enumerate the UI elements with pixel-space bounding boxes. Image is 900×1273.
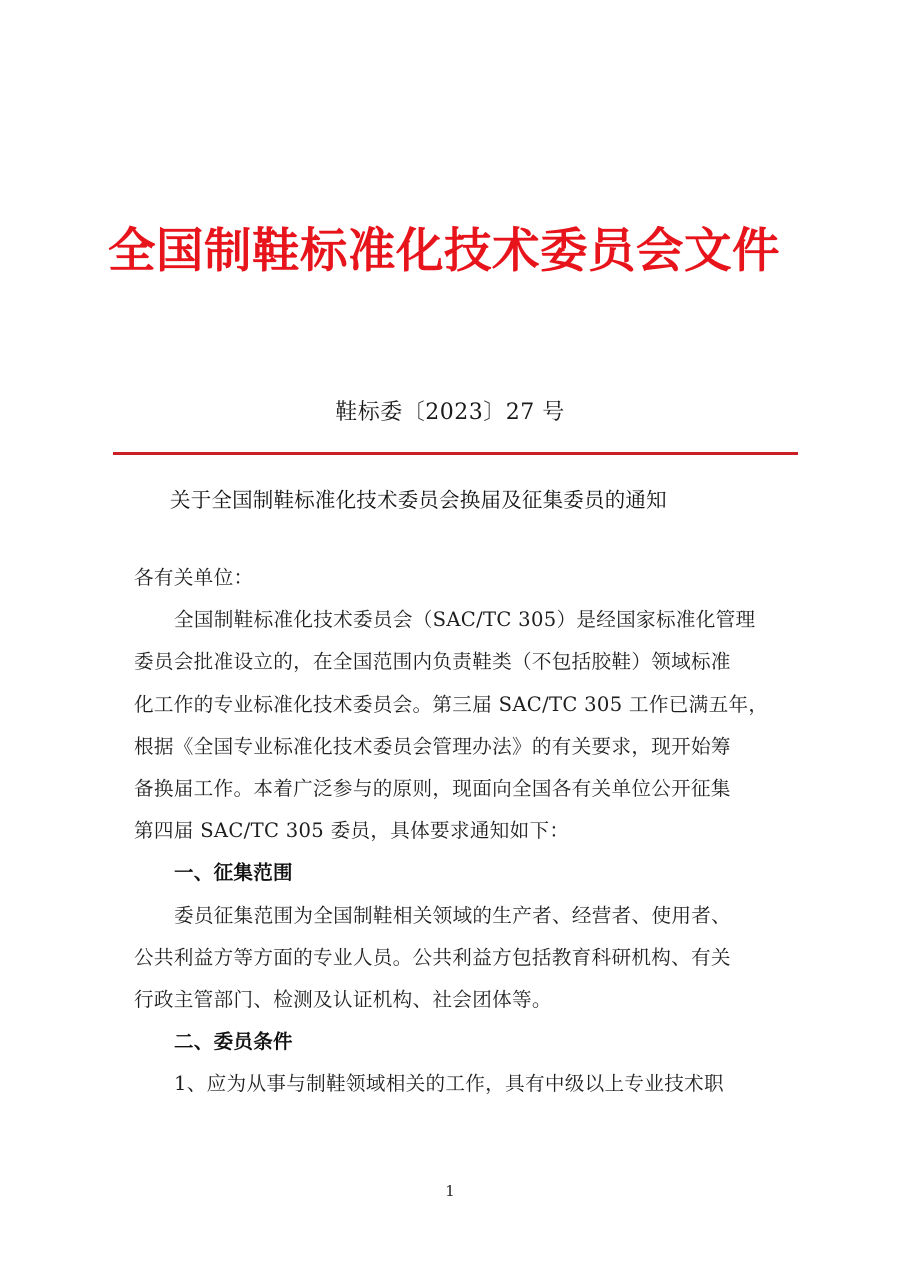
- document-number: 鞋标委〔2023〕27 号: [0, 398, 900, 428]
- section-collection-scope: 一、征集范围 委员征集范围为全国制鞋相关领域的生产者、经营者、使用者、 公共利益…: [134, 852, 774, 1021]
- document-body: 各有关单位： 全国制鞋标准化技术委员会（SAC/TC 305）是经国家标准化管理…: [134, 557, 774, 1105]
- paragraph-line: 第四届 SAC/TC 305 委员，具体要求通知如下：: [134, 810, 774, 852]
- paragraph-line: 备换届工作。本着广泛参与的原则，现面向全国各有关单位公开征集: [134, 768, 774, 810]
- paragraph-line: 委员会批准设立的，在全国范围内负责鞋类（不包括胶鞋）领域标准: [134, 641, 774, 683]
- paragraph-line: 1、应为从事与制鞋领域相关的工作，具有中级以上专业技术职: [134, 1063, 774, 1105]
- paragraph-line: 公共利益方等方面的专业人员。公共利益方包括教育科研机构、有关: [134, 937, 774, 979]
- paragraph-line: 行政主管部门、检测及认证机构、社会团体等。: [134, 979, 774, 1021]
- red-divider-line: [113, 452, 798, 455]
- section-member-conditions: 二、委员条件 1、应为从事与制鞋领域相关的工作，具有中级以上专业技术职: [134, 1021, 774, 1105]
- intro-paragraph: 全国制鞋标准化技术委员会（SAC/TC 305）是经国家标准化管理 委员会批准设…: [134, 599, 774, 852]
- page-number: 1: [0, 1181, 900, 1201]
- salutation: 各有关单位：: [134, 557, 774, 599]
- document-header-title: 全国制鞋标准化技术委员会文件: [108, 222, 798, 282]
- paragraph-line: 化工作的专业标准化技术委员会。第三届 SAC/TC 305 工作已满五年，: [134, 684, 774, 726]
- section-heading: 二、委员条件: [134, 1021, 774, 1063]
- notice-subject-title: 关于全国制鞋标准化技术委员会换届及征集委员的通知: [170, 484, 790, 516]
- section-heading: 一、征集范围: [134, 852, 774, 894]
- paragraph-line: 全国制鞋标准化技术委员会（SAC/TC 305）是经国家标准化管理: [134, 599, 774, 641]
- paragraph-line: 委员征集范围为全国制鞋相关领域的生产者、经营者、使用者、: [134, 895, 774, 937]
- paragraph-line: 根据《全国专业标准化技术委员会管理办法》的有关要求，现开始筹: [134, 726, 774, 768]
